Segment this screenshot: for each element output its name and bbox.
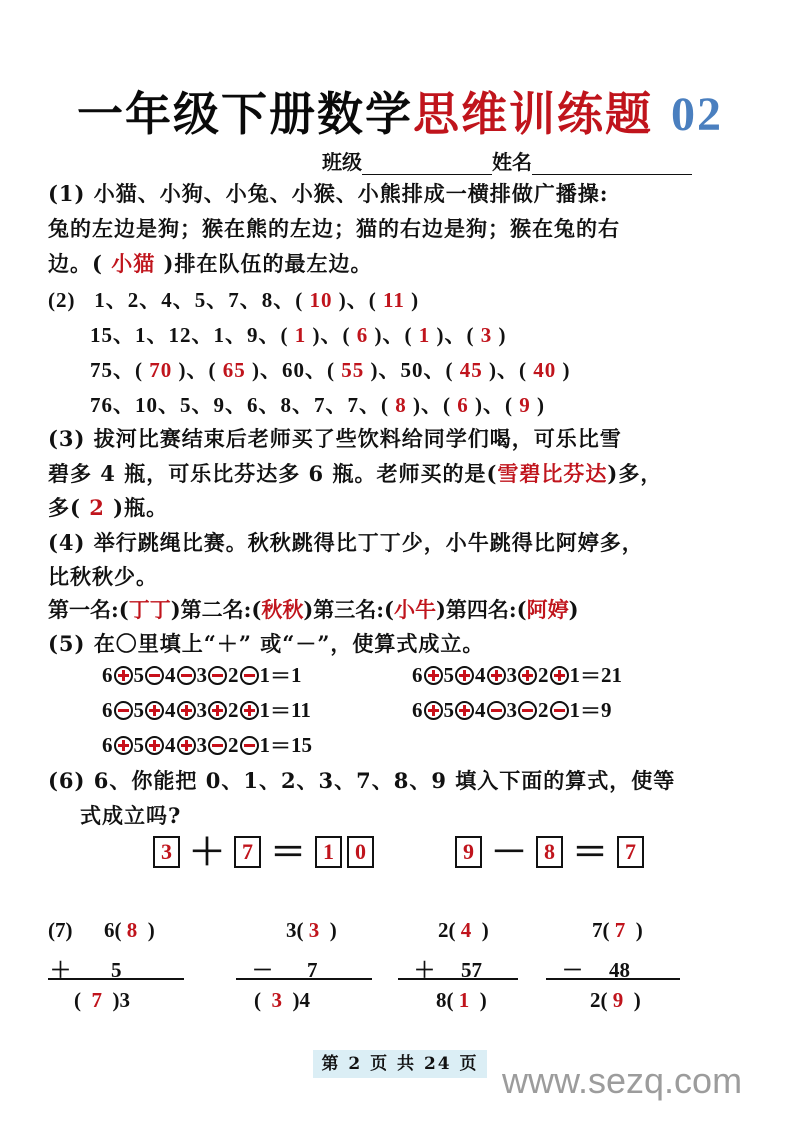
class-label: 班级 (322, 150, 362, 174)
q7-op-row: ＋57 (414, 954, 482, 984)
equals-sign: ＝ (270, 695, 291, 725)
q2-answer: 70 (149, 358, 172, 382)
title-number: 02 (671, 88, 723, 141)
circled-plus-icon[interactable] (518, 666, 537, 685)
q3-text: 多( (48, 495, 89, 520)
answer-box: 3 (153, 836, 180, 868)
operand: 2 (538, 698, 549, 723)
operand: 1 (260, 733, 271, 758)
operand: 5 (134, 733, 145, 758)
q7-top: 3( 3 ) (286, 918, 337, 943)
operand: 3 (507, 663, 518, 688)
q6-addition-equation: 3 ＋ 7 ＝ 10 (150, 836, 377, 868)
circled-plus-icon[interactable] (487, 666, 506, 685)
circled-plus-icon[interactable] (177, 701, 196, 720)
q2-answer: 3 (481, 323, 493, 347)
operand: 5 (134, 698, 145, 723)
q2-given: 75、 (90, 358, 135, 382)
circled-plus-icon[interactable] (145, 701, 164, 720)
name-blank[interactable] (532, 153, 692, 175)
q2-given: 60、 (282, 358, 327, 382)
q2-answer: 1 (295, 323, 307, 347)
q7-top: 6( 8 ) (104, 918, 155, 943)
rank-label: )第三名:( (303, 597, 394, 622)
q7-answer: 7 (615, 918, 626, 942)
q7-answer: 8 (127, 918, 138, 942)
q7-answer: 7 (92, 988, 103, 1012)
name-label: 姓名 (492, 150, 532, 174)
title-highlight: 思维训练题 (413, 87, 653, 141)
operand: 6 (412, 663, 423, 688)
q7-rule (48, 978, 184, 980)
q2-answer: 40 (533, 358, 556, 382)
circled-plus-icon[interactable] (455, 666, 474, 685)
operand: 3 (507, 698, 518, 723)
q2-answer: 6 (357, 323, 369, 347)
circled-minus-icon[interactable] (208, 736, 227, 755)
operand: 2 (228, 663, 239, 688)
q7-result: ( 3 )4 (254, 988, 310, 1013)
rank-2-answer: 秋秋 (261, 597, 303, 622)
equals-sign: ＝ (580, 660, 601, 690)
equation-result: 1 (291, 663, 302, 688)
circled-minus-icon[interactable] (550, 701, 569, 720)
operand: 4 (475, 698, 486, 723)
circled-plus-icon[interactable] (424, 666, 443, 685)
page-number-badge: 第 2 页 共 24 页 (313, 1050, 487, 1078)
operand: 3 (197, 663, 208, 688)
q7-problem-4: 7( 7 ) －48 2( 9 ) (546, 918, 686, 1018)
equals-sign: ＝ (580, 695, 601, 725)
q1-line-1: (1) 小猫、小狗、小兔、小猴、小熊排成一横排做广播操: (48, 178, 609, 208)
q2-row-2: 15、1、12、1、9、( 1 )、( 6 )、( 1 )、( 3 ) (90, 319, 507, 349)
plus-sign: ＋ (189, 836, 225, 868)
q2-row-1: (2) 1、2、4、5、7、8、( 10 )、( 11 ) (48, 284, 419, 314)
answer-box: 7 (617, 836, 644, 868)
operand: 1 (570, 698, 581, 723)
class-blank[interactable] (362, 153, 492, 175)
answer-box: 7 (234, 836, 261, 868)
q2-answer: 9 (519, 393, 531, 417)
q6-line-1: (6) 6、你能把 0、1、2、3、7、8、9 填入下面的算式，使等 (48, 765, 675, 795)
circled-minus-icon[interactable] (114, 701, 133, 720)
q2-row-3: 75、( 70 )、( 65 )、60、( 55 )、50、( 45 )、( 4… (90, 354, 571, 384)
q7-rule (236, 978, 372, 980)
answer-box: 9 (455, 836, 482, 868)
q7-top: 2( 4 ) (438, 918, 489, 943)
q1-text: )排在队伍的最左边。 (155, 251, 372, 276)
q3-line-1: (3) 拔河比赛结束后老师买了些饮料给同学们喝，可乐比雪 (48, 423, 622, 453)
rank-4-answer: 阿婷 (527, 597, 569, 622)
q3-line-3: 多( 2 )瓶。 (48, 492, 168, 522)
q2-answer: 8 (395, 393, 407, 417)
operand: 2 (228, 698, 239, 723)
circled-plus-icon[interactable] (424, 701, 443, 720)
q7-label: (7) (48, 918, 73, 943)
q5-equation: 654321＝11 (102, 695, 311, 725)
q4-ranking: 第一名:(丁丁)第二名:(秋秋)第三名:(小牛)第四名:(阿婷) (48, 594, 579, 624)
q1-line-2: 兔的左边是狗；猴在熊的左边；猫的右边是狗；猴在兔的右 (48, 213, 620, 243)
circled-plus-icon[interactable] (208, 701, 227, 720)
watermark: www.sezq.com (502, 1060, 742, 1102)
q7-problem-2: 3( 3 ) －7 ( 3 )4 (236, 918, 376, 1018)
q2-answer: 1 (419, 323, 431, 347)
rank-label: )第四名:( (436, 597, 527, 622)
operand: 3 (197, 733, 208, 758)
circled-plus-icon[interactable] (455, 701, 474, 720)
q6-subtraction-equation: 9 － 8 ＝ 7 (452, 836, 647, 868)
q7-problem-1: (7) 6( 8 ) ＋5 ( 7 )3 (48, 918, 188, 1018)
operand: 4 (165, 733, 176, 758)
equation-result: 11 (291, 698, 311, 723)
equals-sign: ＝ (270, 660, 291, 690)
rank-1-answer: 丁丁 (129, 597, 171, 622)
operand: 5 (134, 663, 145, 688)
circled-minus-icon[interactable] (145, 666, 164, 685)
circled-plus-icon[interactable] (145, 736, 164, 755)
q2-given: 50、 (401, 358, 446, 382)
minus-sign: － (491, 836, 527, 868)
operand: 5 (444, 663, 455, 688)
circled-minus-icon[interactable] (240, 736, 259, 755)
operand: 1 (570, 663, 581, 688)
q7-op-row: －48 (562, 954, 630, 984)
operand: 6 (102, 698, 113, 723)
q2-answer: 45 (460, 358, 483, 382)
q7-answer: 1 (459, 988, 470, 1012)
class-name-row: 班级姓名 (322, 146, 692, 175)
q2-answer: 65 (223, 358, 246, 382)
equation-result: 15 (291, 733, 312, 758)
q7-answer: 4 (461, 918, 472, 942)
q3-answer-count: 2 (89, 495, 105, 520)
circled-minus-icon[interactable] (240, 666, 259, 685)
equation-result: 9 (601, 698, 612, 723)
q2-answer: 10 (310, 288, 333, 312)
operand: 1 (260, 698, 271, 723)
q2-row-4: 76、10、5、9、6、8、7、7、( 8 )、( 6 )、( 9 ) (90, 389, 545, 419)
q7-answer: 9 (613, 988, 624, 1012)
operand: 4 (475, 663, 486, 688)
q2-answer: 11 (383, 288, 405, 312)
q1-line-3: 边。( 小猫 )排在队伍的最左边。 (48, 248, 373, 278)
q7-op-row: －7 (252, 954, 318, 984)
circled-plus-icon[interactable] (550, 666, 569, 685)
equals-sign: ＝ (270, 730, 291, 760)
q7-answer: 3 (272, 988, 283, 1012)
operand: 5 (444, 698, 455, 723)
operand: 2 (538, 663, 549, 688)
rank-label: )第二名:( (171, 597, 262, 622)
circled-plus-icon[interactable] (177, 736, 196, 755)
operand: 6 (412, 698, 423, 723)
circled-plus-icon[interactable] (240, 701, 259, 720)
q7-op-row: ＋5 (50, 954, 122, 984)
operand: 1 (260, 663, 271, 688)
q5-equation: 654321＝15 (102, 730, 312, 760)
answer-box: 8 (536, 836, 563, 868)
operand: 6 (102, 663, 113, 688)
q2-answer: 55 (341, 358, 364, 382)
worksheet-page: 一年级下册数学思维训练题 02 班级姓名 (1) 小猫、小狗、小兔、小猴、小熊排… (0, 0, 800, 1131)
equals-sign: ＝ (270, 836, 306, 868)
rank-label: 第一名:( (48, 597, 129, 622)
q7-top: 7( 7 ) (592, 918, 643, 943)
operand: 6 (102, 733, 113, 758)
q4-line-2: 比秋秋少。 (48, 561, 158, 591)
operand: 4 (165, 663, 176, 688)
q5-equation: 654321＝21 (412, 660, 622, 690)
operand: 3 (197, 698, 208, 723)
q2-given: 1、2、4、5、7、8、 (94, 288, 295, 312)
q7-rule (546, 978, 680, 980)
q5-equation: 654321＝1 (102, 660, 302, 690)
page-title: 一年级下册数学思维训练题 02 (0, 78, 800, 144)
circled-minus-icon[interactable] (518, 701, 537, 720)
equals-sign: ＝ (572, 836, 608, 868)
q1-text: 边。( (48, 251, 111, 276)
q3-line-2: 碧多 4 瓶，可乐比芬达多 6 瓶。老师买的是(雪碧比芬达)多， (48, 458, 662, 488)
equation-result: 21 (601, 663, 622, 688)
answer-box: 1 (315, 836, 342, 868)
q2-label: (2) (48, 288, 76, 312)
q7-result: ( 7 )3 (74, 988, 130, 1013)
q2-given: 15、1、12、1、9、 (90, 323, 281, 347)
circled-minus-icon[interactable] (208, 666, 227, 685)
q5-prompt: (5) 在〇里填上“＋” 或“－”，使算式成立。 (48, 628, 484, 658)
circled-minus-icon[interactable] (177, 666, 196, 685)
q7-problem-3: 2( 4 ) ＋57 8( 1 ) (398, 918, 522, 1018)
q1-answer: 小猫 (111, 251, 155, 276)
q6-line-2: 式成立吗? (80, 800, 181, 830)
circled-minus-icon[interactable] (487, 701, 506, 720)
q7-result: 8( 1 ) (436, 988, 487, 1013)
q5-equation: 654321＝9 (412, 695, 612, 725)
q7-result: 2( 9 ) (590, 988, 641, 1013)
circled-plus-icon[interactable] (114, 736, 133, 755)
q7-answer: 3 (309, 918, 320, 942)
q2-answer: 6 (457, 393, 469, 417)
q3-answer-drink: 雪碧比芬达 (497, 461, 607, 486)
q3-text: 碧多 4 瓶，可乐比芬达多 6 瓶。老师买的是( (48, 461, 497, 486)
q2-given: 76、10、5、9、6、8、7、7、 (90, 393, 381, 417)
operand: 2 (228, 733, 239, 758)
q3-text: )瓶。 (105, 495, 168, 520)
answer-box: 0 (347, 836, 374, 868)
q3-text: )多， (607, 461, 662, 486)
rank-3-answer: 小牛 (394, 597, 436, 622)
rank-close: ) (569, 597, 579, 622)
circled-plus-icon[interactable] (114, 666, 133, 685)
title-main: 一年级下册数学 (77, 87, 413, 141)
operand: 4 (165, 698, 176, 723)
q7-rule (398, 978, 518, 980)
q4-line-1: (4) 举行跳绳比赛。秋秋跳得比丁丁少，小牛跳得比阿婷多， (48, 527, 644, 557)
